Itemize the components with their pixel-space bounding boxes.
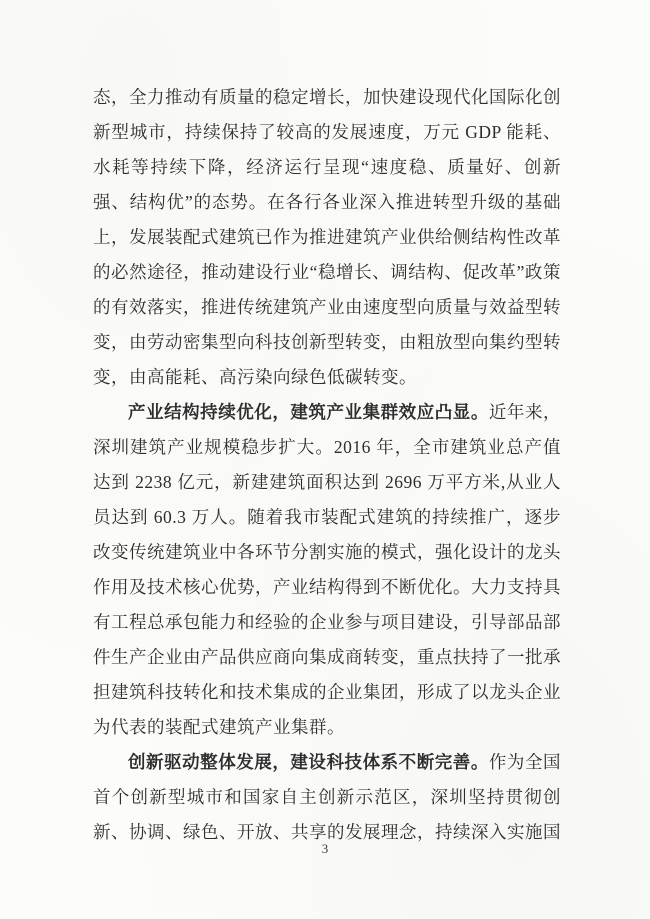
paragraph-continuation: 态，全力推动有质量的稳定增长，加快建设现代化国际化创新型城市，持续保持了较高的发…	[93, 80, 561, 395]
paragraph-industry-structure: 产业结构持续优化，建筑产业集群效应凸显。近年来，深圳建筑产业规模稳步扩大。201…	[93, 395, 561, 745]
paragraph-2-text: 近年来，深圳建筑产业规模稳步扩大。2016 年，全市建筑业总产值达到 2238 …	[93, 402, 561, 737]
text-block: 态，全力推动有质量的稳定增长，加快建设现代化国际化创新型城市，持续保持了较高的发…	[93, 80, 561, 850]
paragraph-innovation-driven: 创新驱动整体发展，建设科技体系不断完善。作为全国首个创新型城市和国家自主创新示范…	[93, 745, 561, 850]
paragraph-3-bold-lead: 创新驱动整体发展，建设科技体系不断完善。	[128, 752, 489, 772]
paragraph-1-text: 态，全力推动有质量的稳定增长，加快建设现代化国际化创新型城市，持续保持了较高的发…	[93, 87, 561, 387]
paragraph-2-bold-lead: 产业结构持续优化，建筑产业集群效应凸显。	[128, 402, 489, 422]
page-number: 3	[0, 841, 650, 857]
document-page: 态，全力推动有质量的稳定增长，加快建设现代化国际化创新型城市，持续保持了较高的发…	[0, 0, 650, 919]
